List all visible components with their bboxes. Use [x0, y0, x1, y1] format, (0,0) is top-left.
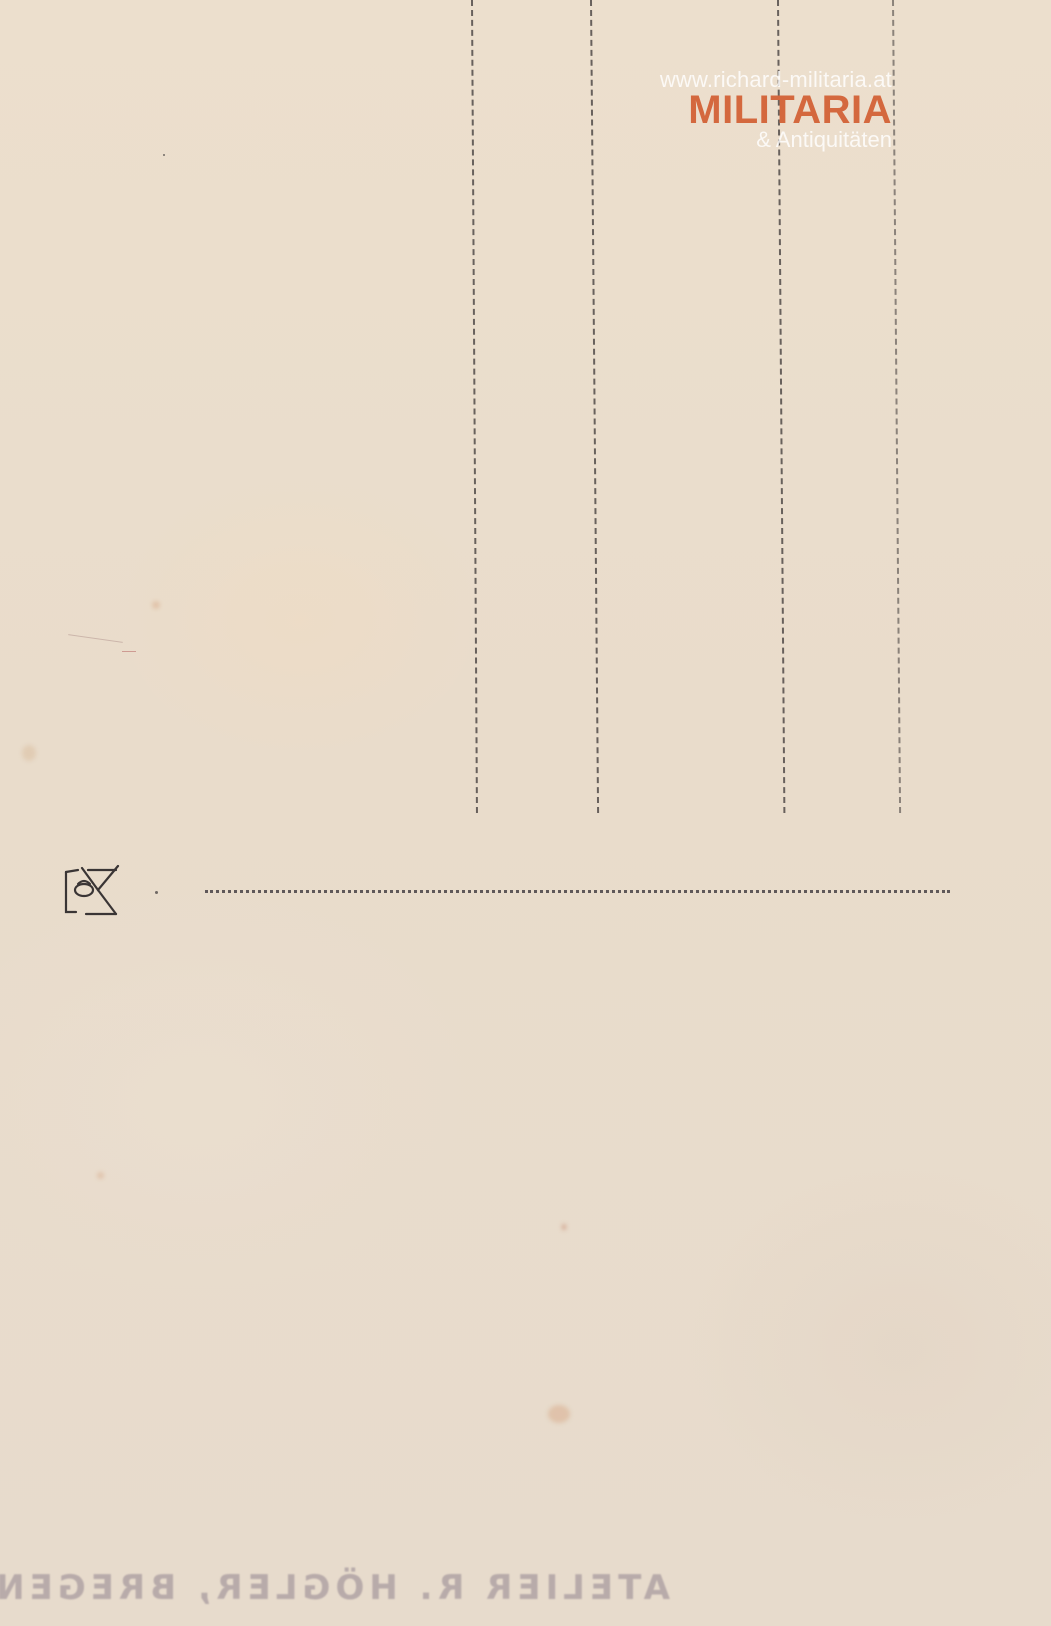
stain-spot: [548, 1405, 570, 1423]
postcard-back: www.richard-militaria.at MILITARIA & Ant…: [0, 0, 1051, 1626]
stain-spot: [152, 601, 160, 609]
photographer-stamp: ATELIER R. HÖGLER, BREGENZ: [70, 1568, 670, 1608]
dot-mark: [163, 154, 165, 156]
horizontal-rule: [205, 890, 950, 893]
divider-line-1: [471, 0, 478, 813]
dot-mark: [155, 891, 158, 894]
stain-spot: [97, 1172, 104, 1179]
divider-line-2: [590, 0, 599, 813]
scratch-mark: [122, 651, 136, 652]
crowned-monogram-icon: [58, 864, 122, 920]
scratch-mark: [68, 634, 123, 643]
divider-line-4: [892, 0, 901, 813]
watermark-title: MILITARIA: [660, 92, 892, 128]
watermark: www.richard-militaria.at MILITARIA & Ant…: [660, 68, 892, 152]
stain-spot: [562, 1224, 566, 1230]
stain-spot: [22, 745, 36, 761]
